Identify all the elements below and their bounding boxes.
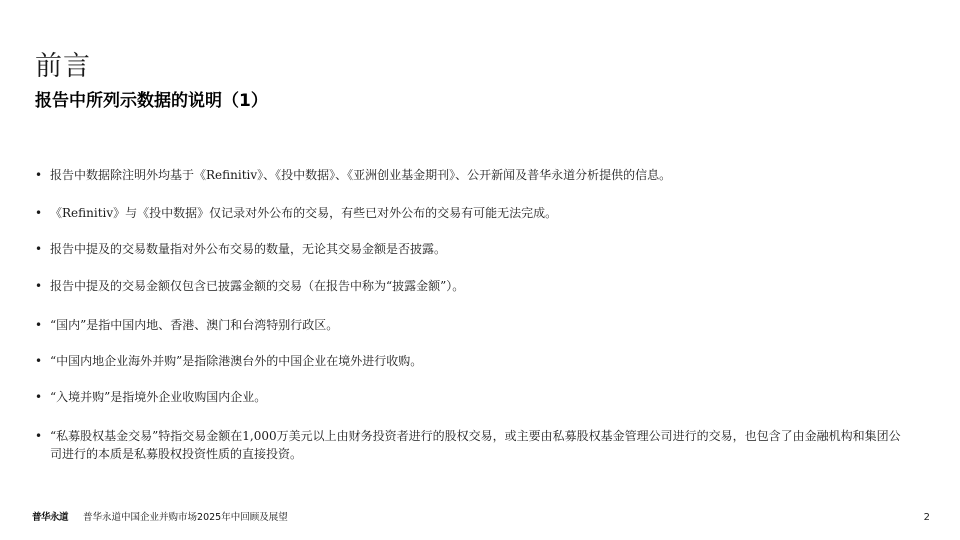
bullet-icon: • <box>35 277 42 295</box>
brand-logo: 普华永道 <box>32 512 68 523</box>
bullet-icon: • <box>35 427 42 445</box>
list-item-text: “入境并购”是指境外企业收购国内企业。 <box>50 390 266 404</box>
list-item: • 报告中数据除注明外均基于《Refinitiv》、《投中数据》、《亚洲创业基金… <box>35 166 671 184</box>
page-title: 前言 <box>35 50 91 84</box>
footer: 普华永道 普华永道中国企业并购市场2025年中回顾及展望 <box>32 511 288 525</box>
report-title: 普华永道中国企业并购市场2025年中回顾及展望 <box>83 512 288 523</box>
bullet-icon: • <box>35 166 42 184</box>
bullet-icon: • <box>35 316 42 334</box>
page-number: 2 <box>924 511 930 525</box>
list-item: • 报告中提及的交易金额仅包含已披露金额的交易（在报告中称为“披露金额”）。 <box>35 277 464 295</box>
bullet-icon: • <box>35 352 42 370</box>
list-item: • “私募股权基金交易”特指交易金额在1,000万美元以上由财务投资者进行的股权… <box>35 427 910 463</box>
list-item-text: 《Refinitiv》与《投中数据》仅记录对外公布的交易，有些已对外公布的交易有… <box>50 206 557 220</box>
list-item: • “中国内地企业海外并购”是指除港澳台外的中国企业在境外进行收购。 <box>35 352 422 370</box>
list-item-text: “国内”是指中国内地、香港、澳门和台湾特别行政区。 <box>50 318 338 332</box>
list-item-text: 报告中数据除注明外均基于《Refinitiv》、《投中数据》、《亚洲创业基金期刊… <box>50 168 671 182</box>
list-item-text: “私募股权基金交易”特指交易金额在1,000万美元以上由财务投资者进行的股权交易… <box>50 429 901 461</box>
bullet-icon: • <box>35 388 42 406</box>
page-subtitle: 报告中所列示数据的说明（1） <box>35 88 268 114</box>
list-item: • 《Refinitiv》与《投中数据》仅记录对外公布的交易，有些已对外公布的交… <box>35 204 557 222</box>
list-item-text: 报告中提及的交易金额仅包含已披露金额的交易（在报告中称为“披露金额”）。 <box>50 279 464 293</box>
bullet-icon: • <box>35 240 42 258</box>
list-item-text: “中国内地企业海外并购”是指除港澳台外的中国企业在境外进行收购。 <box>50 354 422 368</box>
list-item: • “国内”是指中国内地、香港、澳门和台湾特别行政区。 <box>35 316 338 334</box>
bullet-icon: • <box>35 204 42 222</box>
list-item: • 报告中提及的交易数量指对外公布交易的数量，无论其交易金额是否披露。 <box>35 240 446 258</box>
list-item: • “入境并购”是指境外企业收购国内企业。 <box>35 388 266 406</box>
list-item-text: 报告中提及的交易数量指对外公布交易的数量，无论其交易金额是否披露。 <box>50 242 446 256</box>
